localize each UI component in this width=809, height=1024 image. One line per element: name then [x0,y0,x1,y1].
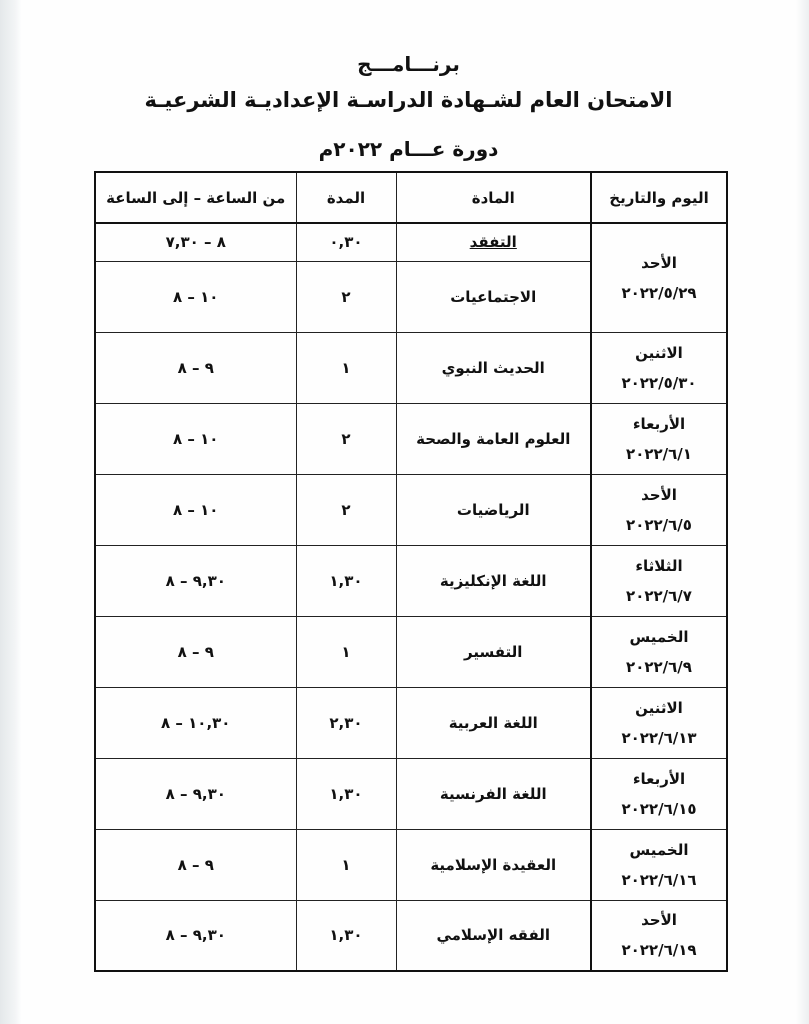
subject-cell: العلوم العامة والصحة [396,403,591,474]
day-name: الأحد [592,254,726,272]
time-cell: ٩ – ٨ [95,616,296,687]
exam-date: ٢٠٢٢/٦/١٣ [592,729,726,747]
scan-edge-right [795,0,809,1024]
subject: التفقد [470,233,517,251]
table-row: الاثنين ٢٠٢٢/٥/٣٠ الحديث النبوي ١ ٩ – ٨ [95,332,727,403]
time-cell: ٩ – ٨ [95,829,296,900]
day-date-cell: الأحد ٢٠٢٢/٦/١٩ [591,900,727,971]
subject-cell: اللغة الفرنسية [396,758,591,829]
header-subject: المادة [396,172,591,223]
table-row: الأحد ٢٠٢٢/٦/١٩ الفقه الإسلامي ١,٣٠ ٩,٣٠… [95,900,727,971]
day-name: الخميس [592,628,726,646]
subject-cell: التفسير [396,616,591,687]
subject-cell: التفقد [396,223,591,261]
subject-cell: العقيدة الإسلامية [396,829,591,900]
table-header-row: اليوم والتاريخ المادة المدة من الساعة – … [95,172,727,223]
duration-cell: ١,٣٠ [296,545,396,616]
subject-cell: الرياضيات [396,474,591,545]
exam-date: ٢٠٢٢/٥/٢٩ [592,284,726,302]
duration-cell: ٢ [296,261,396,332]
exam-date: ٢٠٢٢/٦/٧ [592,587,726,605]
time-cell: ٩ – ٨ [95,332,296,403]
time-cell: ١٠ – ٨ [95,403,296,474]
duration-cell: ٠,٣٠ [296,223,396,261]
day-name: الاثنين [592,699,726,717]
duration-cell: ٢ [296,474,396,545]
duration-cell: ١ [296,616,396,687]
subject-cell: اللغة العربية [396,687,591,758]
table-row: الخميس ٢٠٢٢/٦/٩ التفسير ١ ٩ – ٨ [95,616,727,687]
table-row: الأربعاء ٢٠٢٢/٦/١٥ اللغة الفرنسية ١,٣٠ ٩… [95,758,727,829]
day-date-cell: الخميس ٢٠٢٢/٦/١٦ [591,829,727,900]
duration-cell: ٢ [296,403,396,474]
exam-date: ٢٠٢٢/٦/١٩ [592,941,726,959]
day-date-cell: الأربعاء ٢٠٢٢/٦/١٥ [591,758,727,829]
day-date-cell: الأربعاء ٢٠٢٢/٦/١ [591,403,727,474]
header-time: من الساعة – إلى الساعة [95,172,296,223]
document-session: دورة عـــام ٢٠٢٢م [22,137,795,161]
table-row: الاثنين ٢٠٢٢/٦/١٣ اللغة العربية ٢,٣٠ ١٠,… [95,687,727,758]
exam-date: ٢٠٢٢/٦/١٥ [592,800,726,818]
table-row: الأربعاء ٢٠٢٢/٦/١ العلوم العامة والصحة ٢… [95,403,727,474]
exam-date: ٢٠٢٢/٦/٥ [592,516,726,534]
table-row: الأحد ٢٠٢٢/٥/٢٩ التفقد ٠,٣٠ ٨ – ٧,٣٠ [95,223,727,261]
document-subtitle: الامتحان العام لشـهادة الدراسـة الإعدادي… [22,88,795,112]
subject-cell: الحديث النبوي [396,332,591,403]
subject-cell: اللغة الإنكليزية [396,545,591,616]
day-name: الثلاثاء [592,557,726,575]
duration-cell: ١,٣٠ [296,900,396,971]
day-date-cell: الثلاثاء ٢٠٢٢/٦/٧ [591,545,727,616]
exam-date: ٢٠٢٢/٦/١٦ [592,871,726,889]
exam-date: ٢٠٢٢/٥/٣٠ [592,374,726,392]
time-cell: ١٠ – ٨ [95,261,296,332]
day-name: الاثنين [592,344,726,362]
exam-schedule-table: اليوم والتاريخ المادة المدة من الساعة – … [94,171,728,972]
time-cell: ٩,٣٠ – ٨ [95,545,296,616]
subject-cell: الاجتماعيات [396,261,591,332]
day-date-cell: الأحد ٢٠٢٢/٦/٥ [591,474,727,545]
table-row: الخميس ٢٠٢٢/٦/١٦ العقيدة الإسلامية ١ ٩ –… [95,829,727,900]
table-row: الثلاثاء ٢٠٢٢/٦/٧ اللغة الإنكليزية ١,٣٠ … [95,545,727,616]
header-duration: المدة [296,172,396,223]
exam-date: ٢٠٢٢/٦/٩ [592,658,726,676]
day-date-cell: الأحد ٢٠٢٢/٥/٢٩ [591,223,727,332]
duration-cell: ٢,٣٠ [296,687,396,758]
time-cell: ٨ – ٧,٣٠ [95,223,296,261]
day-name: الأربعاء [592,770,726,788]
day-date-cell: الخميس ٢٠٢٢/٦/٩ [591,616,727,687]
time-cell: ٩,٣٠ – ٨ [95,900,296,971]
day-date-cell: الاثنين ٢٠٢٢/٥/٣٠ [591,332,727,403]
subject-cell: الفقه الإسلامي [396,900,591,971]
day-name: الأحد [592,486,726,504]
time-cell: ٩,٣٠ – ٨ [95,758,296,829]
scan-edge-left [0,0,22,1024]
day-name: الأحد [592,911,726,929]
duration-cell: ١ [296,332,396,403]
day-date-cell: الاثنين ٢٠٢٢/٦/١٣ [591,687,727,758]
document-title: برنـــامـــج [22,52,795,76]
duration-cell: ١,٣٠ [296,758,396,829]
time-cell: ١٠,٣٠ – ٨ [95,687,296,758]
table-row: الأحد ٢٠٢٢/٦/٥ الرياضيات ٢ ١٠ – ٨ [95,474,727,545]
duration-cell: ١ [296,829,396,900]
day-name: الخميس [592,841,726,859]
day-name: الأربعاء [592,415,726,433]
time-cell: ١٠ – ٨ [95,474,296,545]
exam-date: ٢٠٢٢/٦/١ [592,445,726,463]
header-day-date: اليوم والتاريخ [591,172,727,223]
